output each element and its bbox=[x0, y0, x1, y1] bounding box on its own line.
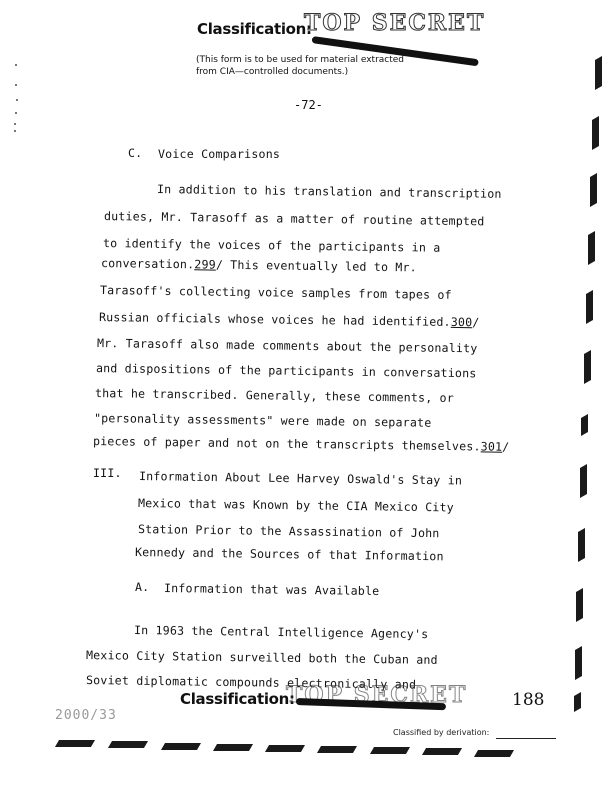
scan-speck bbox=[15, 64, 17, 66]
border-hatch-mark bbox=[370, 747, 410, 754]
border-hatch-mark bbox=[592, 116, 599, 150]
paragraph2-line1: In 1963 the Central Intelligence Agency'… bbox=[134, 623, 429, 641]
header-classification-stamp: TOP SECRET bbox=[304, 10, 485, 36]
text: Russian officials whose voices he had id… bbox=[99, 310, 451, 329]
border-hatch-mark bbox=[578, 528, 585, 562]
scan-speck bbox=[14, 130, 16, 132]
scan-speck bbox=[15, 112, 17, 114]
border-hatch-mark bbox=[422, 748, 462, 755]
footnote-301-link[interactable]: 301 bbox=[481, 439, 503, 453]
border-hatch-mark bbox=[576, 588, 583, 622]
border-hatch-mark bbox=[161, 743, 201, 750]
page-marker: -72- bbox=[294, 98, 323, 112]
border-hatch-mark bbox=[213, 744, 253, 751]
paragraph1-line6: Russian officials whose voices he had id… bbox=[99, 310, 480, 329]
paragraph1-line8: and dispositions of the participants in … bbox=[96, 361, 477, 380]
classified-by-line bbox=[496, 738, 556, 739]
paragraph1-line9: that he transcribed. Generally, these co… bbox=[95, 386, 454, 405]
border-hatch-mark bbox=[474, 750, 514, 757]
section-iii-heading-line4: Kennedy and the Sources of that Informat… bbox=[135, 545, 444, 563]
paragraph1-line11: pieces of paper and not on the transcrip… bbox=[93, 434, 510, 454]
footnote-300-link[interactable]: 300 bbox=[451, 315, 473, 329]
paragraph1-line10: "personality assessments" were made on s… bbox=[94, 411, 432, 430]
border-hatch-mark bbox=[108, 741, 148, 748]
section-a-letter: A. bbox=[135, 580, 149, 594]
border-hatch-mark bbox=[574, 692, 581, 712]
scan-speck bbox=[15, 84, 17, 86]
classified-by-label: Classified by derivation: bbox=[393, 728, 489, 737]
text: / bbox=[502, 440, 509, 454]
scan-speck bbox=[16, 99, 18, 101]
footer-classification-label: Classification: bbox=[180, 690, 295, 708]
text: pieces of paper and not on the transcrip… bbox=[93, 434, 481, 453]
border-hatch-mark bbox=[581, 414, 588, 436]
border-hatch-mark bbox=[595, 56, 602, 90]
paragraph1-line1: In addition to his translation and trans… bbox=[157, 182, 502, 201]
document-id: 2000/33 bbox=[55, 708, 117, 723]
section-iii-heading-line1: Information About Lee Harvey Oswald's St… bbox=[139, 469, 462, 488]
section-iii-heading-line3: Station Prior to the Assassination of Jo… bbox=[138, 522, 440, 540]
section-iii-numeral: III. bbox=[93, 466, 122, 480]
page-number: 188 bbox=[512, 690, 544, 710]
footnote-299-link[interactable]: 299 bbox=[194, 257, 216, 271]
text: / This eventually led to Mr. bbox=[216, 258, 417, 275]
paragraph1-line7: Mr. Tarasoff also made comments about th… bbox=[97, 336, 478, 355]
form-note-line2: from CIA—controlled documents.) bbox=[196, 67, 348, 78]
border-hatch-mark bbox=[317, 746, 357, 753]
border-hatch-mark bbox=[265, 745, 305, 752]
section-a-heading: Information that was Available bbox=[164, 581, 380, 598]
paragraph1-line2: duties, Mr. Tarasoff as a matter of rout… bbox=[104, 209, 485, 228]
form-note-line1: (This form is to be used for material ex… bbox=[196, 55, 404, 66]
border-hatch-mark bbox=[590, 173, 597, 207]
paragraph2-line2: Mexico City Station surveilled both the … bbox=[86, 648, 438, 667]
border-hatch-mark bbox=[55, 740, 95, 747]
border-hatch-mark bbox=[586, 290, 593, 324]
section-iii-heading-line2: Mexico that was Known by the CIA Mexico … bbox=[138, 496, 454, 514]
paragraph1-line4: conversation.299/ This eventually led to… bbox=[101, 256, 417, 274]
scan-speck bbox=[14, 123, 16, 125]
border-hatch-mark bbox=[575, 646, 582, 680]
border-hatch-mark bbox=[580, 464, 587, 498]
paragraph1-line5: Tarasoff's collecting voice samples from… bbox=[100, 283, 452, 302]
border-hatch-mark bbox=[588, 231, 595, 265]
text: conversation. bbox=[101, 256, 195, 271]
text: / bbox=[472, 315, 479, 329]
section-c-letter: C. bbox=[128, 146, 142, 160]
section-c-heading: Voice Comparisons bbox=[158, 147, 280, 161]
header-classification-label: Classification: bbox=[197, 20, 312, 38]
border-hatch-mark bbox=[584, 350, 591, 384]
paragraph1-line3: to identify the voices of the participan… bbox=[103, 236, 441, 255]
